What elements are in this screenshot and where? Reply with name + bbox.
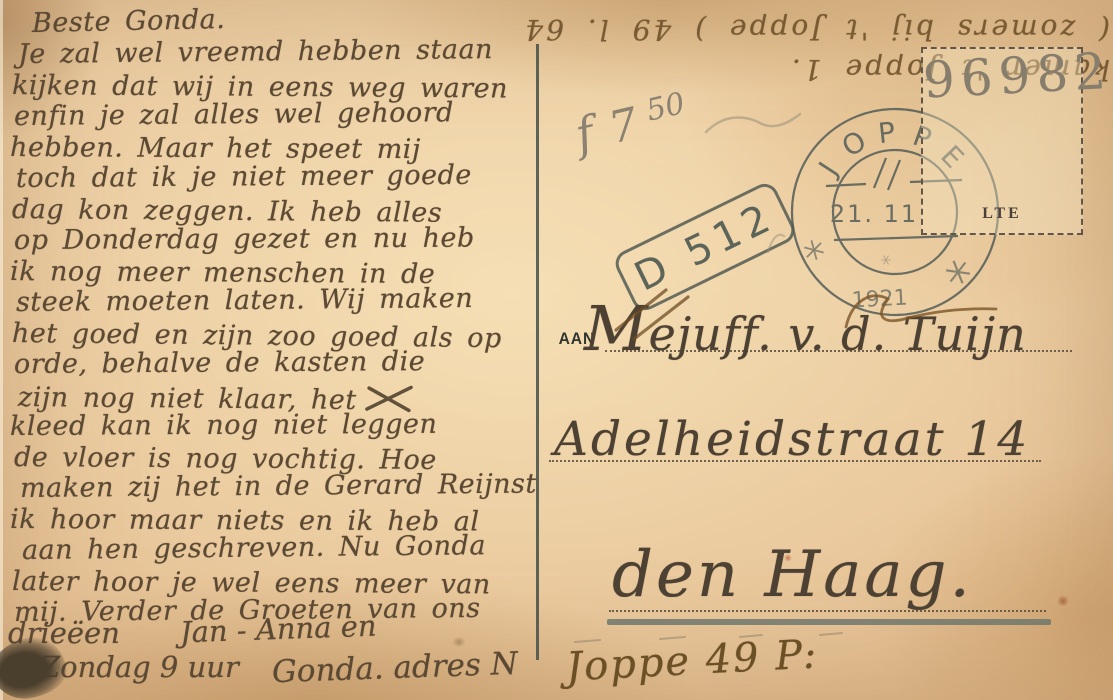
stamp-box-label: LTE [923, 205, 1081, 223]
city-line: den Haag. [612, 538, 973, 612]
closing-names: Jan - Anna en [179, 609, 377, 650]
sender-address: Joppe 49 P: [565, 631, 819, 690]
inverted-scrawl-line: ( zomers bij 't Joppe ) 49 l. 64 [558, 6, 1110, 46]
message-line: aan hen geschreven. Nu Gonda [22, 529, 595, 566]
address-solid-line [607, 619, 1051, 625]
message-line: toch dat ik je niet meer goede [16, 159, 595, 194]
pencil-archive-number: 969829 [922, 42, 1105, 109]
price-cents: 50 [643, 86, 688, 129]
message-line: maken zij het in de Gerard Reijnst [20, 468, 595, 504]
message-panel: Beste Gonda. Je zal wel vreemd hebben st… [10, 8, 595, 628]
message-line: steek moeten laten. Wij maken [16, 282, 595, 318]
postcard-back: Beste Gonda. Je zal wel vreemd hebben st… [0, 0, 1113, 700]
postmark-star-small [881, 256, 891, 265]
postscript-text: Zondag 9 uur [40, 650, 239, 684]
recipient-name: Mejuff. v. d. Tuijn [584, 292, 1027, 365]
message-line: op Donderdag gezet en nu heb [14, 222, 595, 256]
postmark-letter: P [877, 116, 897, 151]
price-amount: 7 [604, 98, 643, 154]
signature: Gonda. adres N [271, 646, 518, 691]
message-line: Je zal wel vreemd hebben staan [18, 33, 595, 70]
stamp-box: LTE 969829 [921, 47, 1083, 235]
street-line: Adelheidstraat 14 [554, 412, 1030, 467]
postmark-star-left [802, 239, 826, 261]
message-line: enfin je zal alles wel gehoord [14, 96, 595, 132]
message-line: orde, behalve de kasten die [14, 345, 595, 380]
postmark-star-right [945, 260, 972, 284]
divider-line [536, 44, 539, 660]
postmark-letter: J [811, 156, 844, 183]
postmark-date: 21. 11 [830, 200, 918, 228]
message-line: kleed kan ik nog niet leggen [10, 408, 595, 442]
censor-stamp-code: D 512 [628, 193, 783, 300]
postmark-bridge-slashes [874, 158, 900, 190]
